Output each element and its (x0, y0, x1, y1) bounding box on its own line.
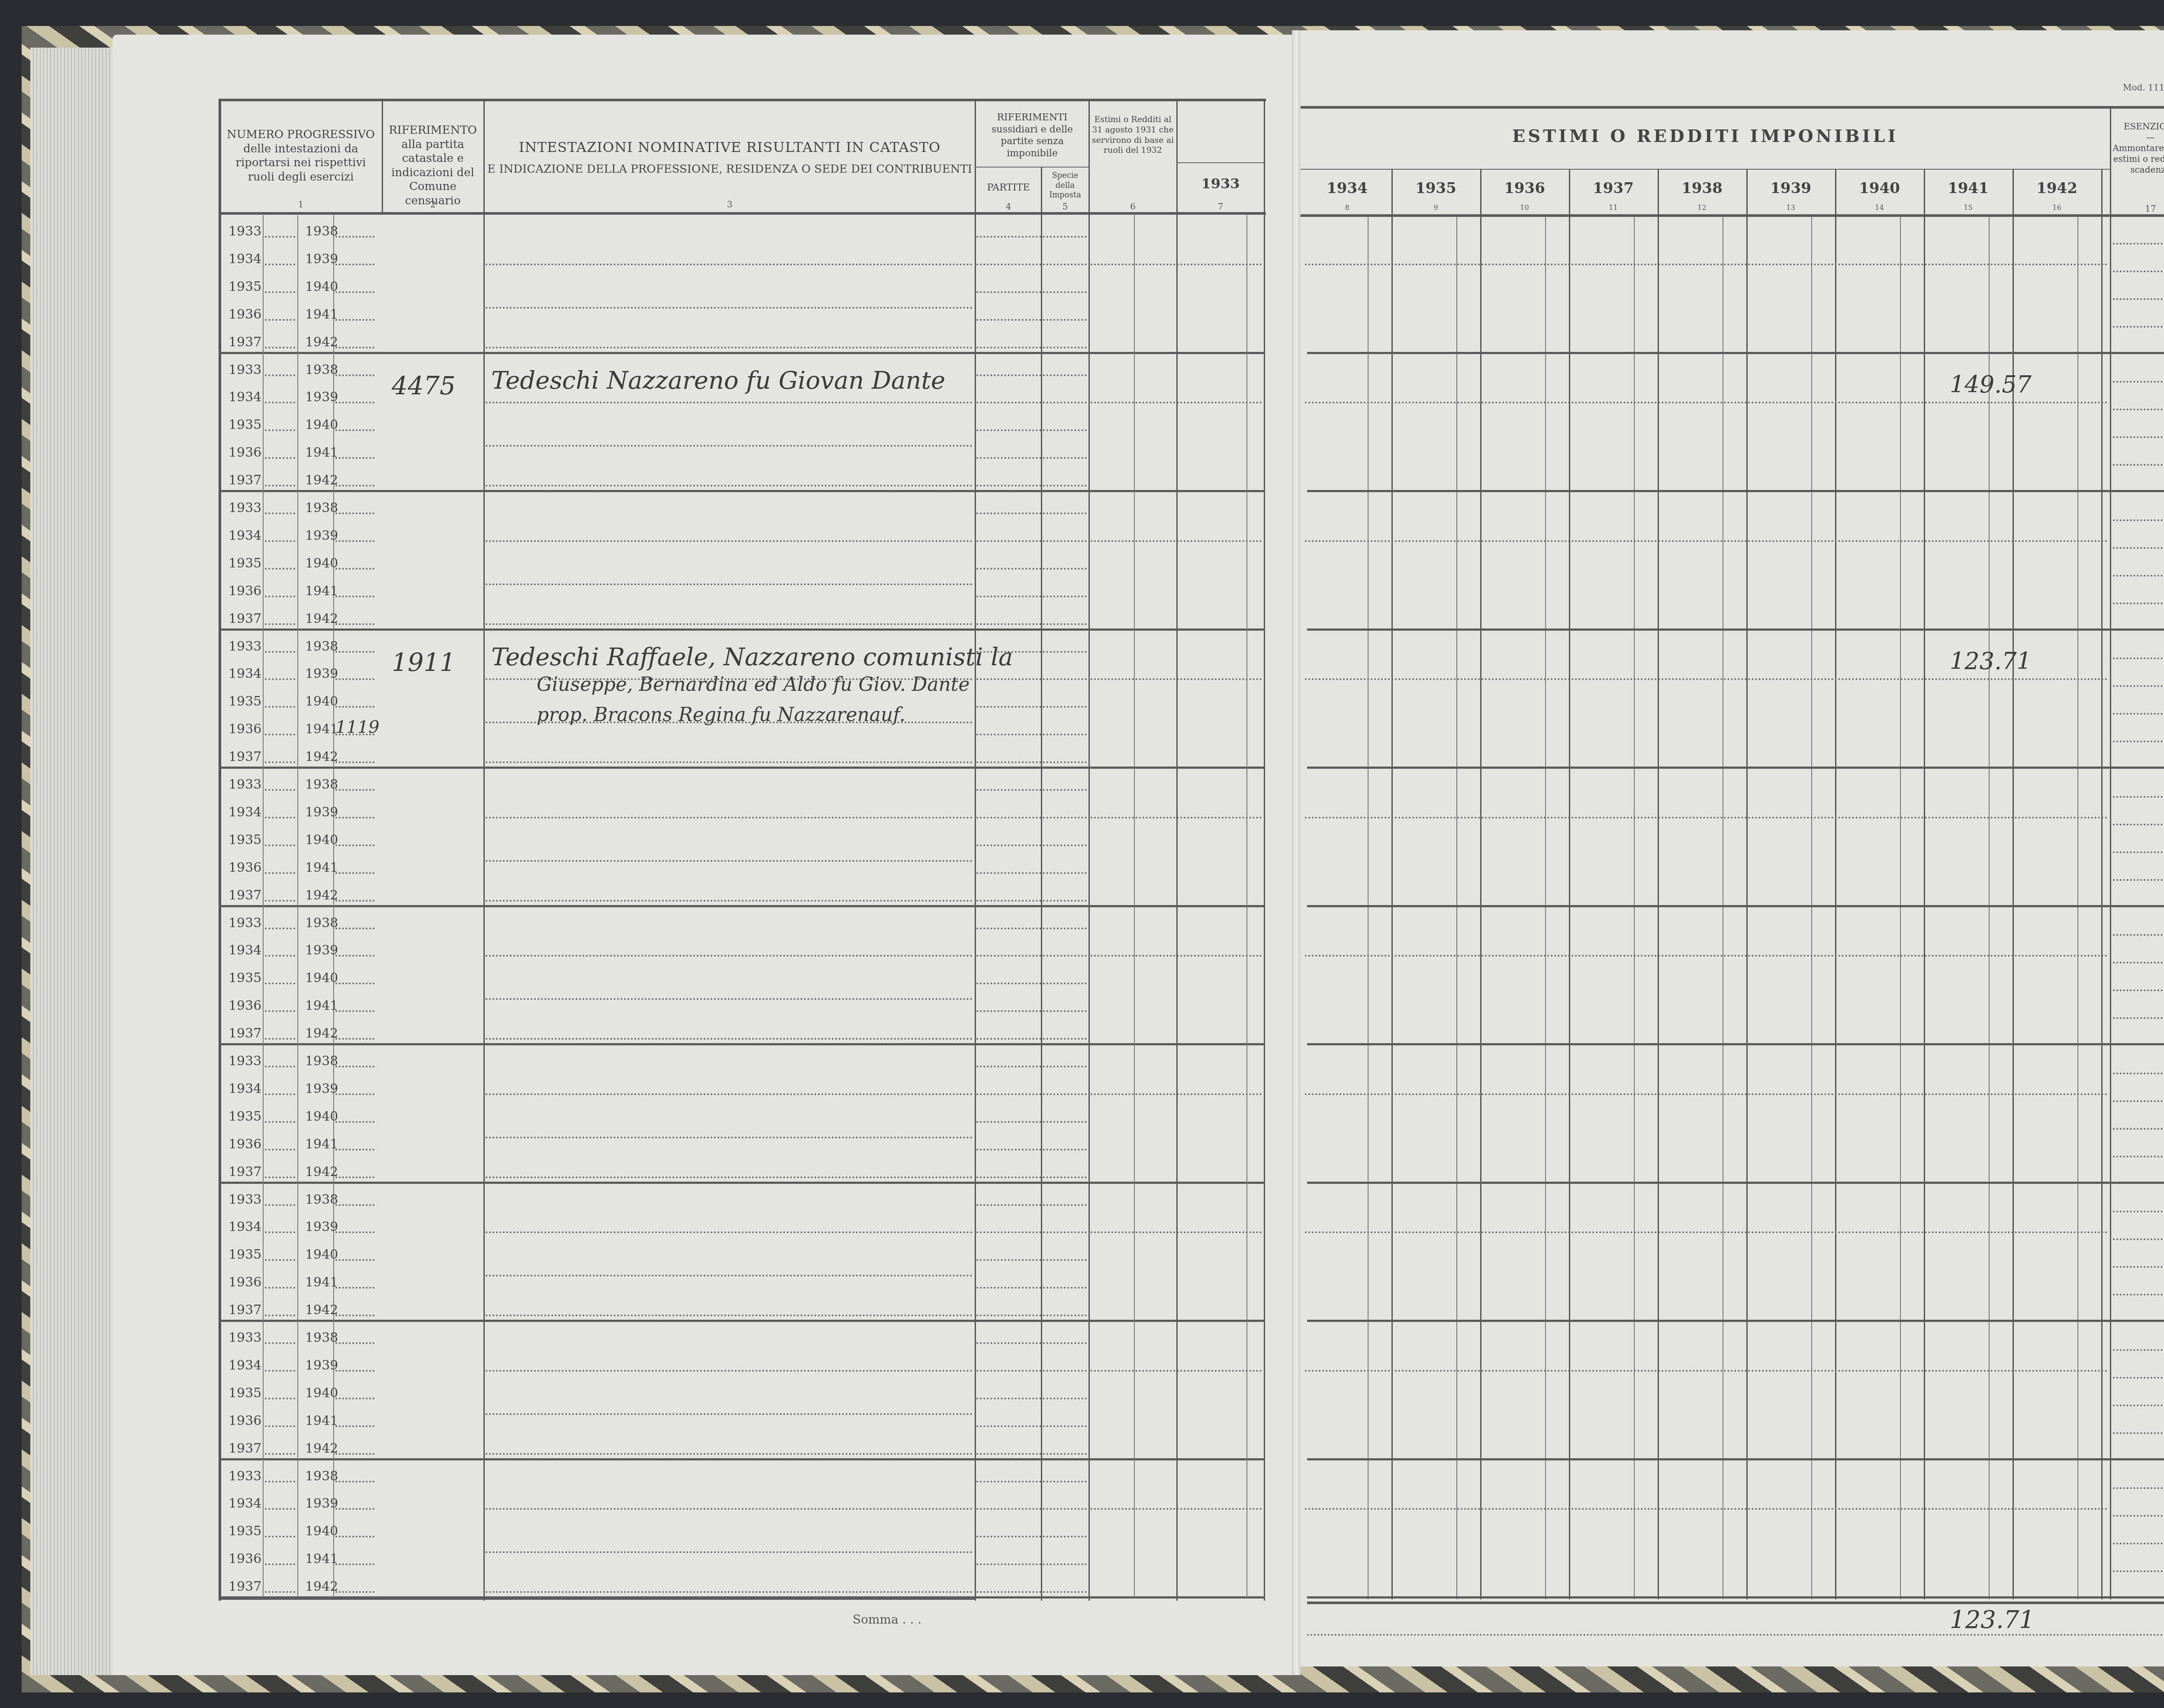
cents-div (1134, 907, 1135, 1045)
esenzioni-line (2113, 1349, 2164, 1351)
value-line (1091, 1508, 1262, 1510)
col1-number: 1 (221, 199, 381, 209)
year-col-number: 8 (1303, 203, 1391, 212)
name-line (486, 623, 973, 625)
esenzioni-line (2113, 796, 2164, 798)
hdr-div (1088, 99, 1090, 1601)
year-label: 1934 (229, 805, 261, 820)
year-label: 1936 (229, 1413, 261, 1428)
esenzioni-line (2113, 519, 2164, 521)
col7-title: 1933 (1178, 175, 1263, 192)
year-label: 1938 (305, 915, 338, 931)
year-label: 1937 (229, 611, 261, 626)
dot-leader (265, 928, 295, 929)
dot-leader (976, 1398, 1087, 1399)
year-label: 1939 (305, 528, 338, 543)
col2-subtitle: alla partita catastale e indicazioni del… (383, 138, 482, 208)
dot-leader (265, 1149, 295, 1150)
dot-leader (335, 429, 374, 431)
year-label: 1936 (229, 583, 261, 599)
dot-leader (976, 844, 1087, 846)
esenzioni-line (2113, 741, 2164, 742)
value-line (1091, 1370, 1262, 1372)
right-page (1294, 30, 2164, 1666)
year-label: 1935 (229, 279, 261, 294)
dot-leader (335, 623, 374, 625)
dot-leader (976, 485, 1087, 487)
dot-leader (335, 706, 374, 708)
col3-number: 3 (486, 199, 974, 209)
name-line (486, 761, 973, 763)
dot-leader (976, 1536, 1087, 1537)
esenzioni-line (2113, 1266, 2164, 1268)
dot-leader (976, 1093, 1087, 1095)
dot-leader (976, 291, 1087, 293)
name-line (486, 955, 973, 957)
left-border (219, 99, 221, 1601)
dot-leader (265, 1370, 295, 1372)
block-rule (219, 767, 976, 769)
esenzioni-line (2113, 1405, 2164, 1406)
dot-leader (976, 1370, 1087, 1372)
dot-leader (265, 1010, 295, 1012)
year-label: 1941 (305, 998, 338, 1013)
esenzioni-line (2113, 1294, 2164, 1296)
name-line (486, 1137, 973, 1138)
value-line (1305, 678, 2108, 680)
num-div (297, 492, 298, 630)
dot-leader (335, 1066, 374, 1067)
name-line (486, 1453, 973, 1455)
esenzioni-line (2113, 879, 2164, 881)
year-cents-div (2077, 216, 2078, 1599)
block-rule (2110, 1458, 2164, 1460)
dot-leader (335, 1508, 374, 1510)
year-label: 1941 (305, 307, 338, 322)
year-label: 1942 (305, 749, 338, 764)
year-label: 1935 (229, 1386, 261, 1401)
dot-leader (976, 678, 1087, 680)
esenzioni-dash: — (2112, 132, 2164, 143)
dot-leader (976, 512, 1087, 514)
sub-reference: 1119 (335, 717, 380, 737)
year-label: 1934 (229, 528, 261, 543)
year-label: 1942 (305, 1302, 338, 1318)
page-edges-left (30, 48, 117, 1675)
num-div (263, 1183, 264, 1322)
dot-leader (976, 1508, 1087, 1510)
year-label: 1934 (229, 390, 261, 405)
name-line (486, 347, 973, 348)
dot-leader (976, 734, 1087, 735)
col1-title: NUMERO PROGRESSIVO (221, 128, 381, 142)
name-line (486, 1551, 973, 1553)
dot-leader (976, 789, 1087, 791)
partita-number: 1911 (392, 648, 456, 677)
dot-leader (335, 457, 374, 459)
year-label: 1937 (229, 1026, 261, 1041)
dot-leader (265, 264, 295, 265)
year-col-number: 10 (1480, 203, 1569, 212)
dot-leader (265, 1204, 295, 1206)
year-label: 1940 (305, 1524, 338, 1539)
name-line (486, 900, 973, 902)
block-rule (1307, 1043, 2110, 1045)
cents-div (1246, 630, 1247, 769)
dot-leader (335, 1231, 374, 1233)
dot-leader (335, 1591, 374, 1593)
cents-div (1134, 215, 1135, 354)
dot-leader (976, 1453, 1087, 1455)
year-col-div (1746, 169, 1748, 1599)
dot-leader (976, 983, 1087, 984)
col3-subtitle: E INDICAZIONE DELLA PROFESSIONE, RESIDEN… (486, 162, 974, 177)
esenzioni-line (2113, 381, 2164, 383)
esenzioni-line (2113, 851, 2164, 853)
dot-leader (335, 983, 374, 984)
num-div (263, 768, 264, 907)
year-label: 1941 (305, 1137, 338, 1152)
value-line (1305, 1231, 2108, 1233)
value-line (1091, 402, 1262, 403)
block-rule (1307, 352, 2110, 354)
dot-leader (335, 1342, 374, 1344)
dot-leader (335, 402, 374, 403)
year-label: 1940 (305, 1247, 338, 1262)
num-div (297, 907, 298, 1045)
year-col-div (1835, 169, 1836, 1599)
year-label: 1939 (305, 1358, 338, 1373)
dot-leader (265, 706, 295, 708)
value-line (1091, 1093, 1262, 1095)
num-div (297, 630, 298, 769)
dot-leader (265, 1591, 295, 1593)
dot-leader (976, 928, 1087, 929)
value-line (1305, 1370, 2108, 1372)
esenzioni-title: ESENZIONI (2112, 121, 2164, 132)
dot-leader (335, 1121, 374, 1123)
dot-leader (265, 568, 295, 570)
dot-leader (265, 761, 295, 763)
year-label: 1935 (229, 694, 261, 709)
dot-leader (265, 651, 295, 653)
dot-leader (265, 540, 295, 542)
dot-leader (265, 1121, 295, 1123)
block-rule (219, 1320, 976, 1322)
contributor-line: Giuseppe, Bernardina ed Aldo fu Giov. Da… (537, 674, 970, 696)
dot-leader (335, 1481, 374, 1482)
value-line (1305, 402, 2108, 403)
dot-leader (976, 1038, 1087, 1040)
block-rule (975, 628, 1265, 631)
cents-div (1246, 354, 1247, 492)
block-rule (219, 1458, 976, 1460)
year-label: 1941 (305, 1413, 338, 1428)
hdr-div (975, 99, 976, 1601)
esenzioni-line (2113, 1432, 2164, 1434)
value-line (1091, 955, 1262, 957)
year-label: 1939 (305, 1496, 338, 1511)
value-1941: 149.57 (1950, 371, 2032, 398)
num-div (263, 630, 264, 769)
contributor-line: Tedeschi Nazzareno fu Giovan Dante (491, 367, 945, 395)
esenzioni-line (2113, 409, 2164, 410)
dot-leader (976, 706, 1087, 708)
year-label: 1934 (229, 1496, 261, 1511)
esenzioni-line (2113, 1543, 2164, 1544)
year-col-number: 16 (2013, 203, 2101, 212)
cents-div (1246, 768, 1247, 907)
dot-leader (976, 1176, 1087, 1178)
esenzioni-number: 17 (2112, 203, 2164, 214)
year-label: 1941 (305, 1275, 338, 1290)
esenzioni-div (2110, 106, 2111, 1599)
dot-leader (976, 623, 1087, 625)
header-bottom-rule (219, 212, 1266, 215)
dot-leader (976, 761, 1087, 763)
dot-leader (976, 1425, 1087, 1427)
col2-number: 2 (383, 199, 482, 209)
cents-div (1246, 1045, 1247, 1183)
dot-leader (335, 1010, 374, 1012)
block-rule (1307, 490, 2110, 492)
year-col-div (1658, 169, 1659, 1599)
esenzioni-header: ESENZIONI — Ammontare degli estimi o red… (2112, 121, 2164, 175)
block-rule (975, 352, 1265, 354)
dot-leader (976, 568, 1087, 570)
dot-leader (265, 900, 295, 902)
year-label: 1937 (229, 1579, 261, 1594)
cents-div (1246, 215, 1247, 354)
value-1941: 123.71 (1950, 648, 2032, 675)
year-label: 1936 (229, 1275, 261, 1290)
value-line (1305, 540, 2108, 542)
name-line (486, 1315, 973, 1316)
dot-leader (265, 817, 295, 819)
esenzioni-line (2113, 1238, 2164, 1240)
block-rule (2110, 1320, 2164, 1322)
value-line (1305, 1093, 2108, 1095)
hdr-div (382, 99, 383, 212)
block-rule (975, 1182, 1265, 1184)
year-cents-div (1811, 216, 1812, 1599)
col4-title: PARTITE (976, 182, 1040, 194)
dot-leader (335, 1287, 374, 1289)
dot-leader (265, 291, 295, 293)
esenzioni-line (2113, 713, 2164, 715)
year-cents-div (1634, 216, 1635, 1599)
dot-leader (335, 651, 374, 653)
name-line (486, 817, 973, 819)
dot-leader (976, 900, 1087, 902)
year-col-div (2101, 169, 2103, 1599)
dot-leader (976, 1204, 1087, 1206)
year-label: 1942 (305, 1441, 338, 1456)
block-rule (2110, 767, 2164, 769)
num-div (263, 1321, 264, 1460)
year-label: 1936 (229, 445, 261, 460)
dot-leader (335, 1425, 374, 1427)
block-rule (2110, 490, 2164, 492)
col1-subtitle: delle intestazioni da riportarsi nei ris… (221, 142, 381, 184)
num-div (263, 354, 264, 492)
block-rule (975, 1596, 1265, 1598)
dot-leader (976, 347, 1087, 348)
header-bottom-rule-right (1301, 214, 2164, 217)
dot-leader (976, 457, 1087, 459)
year-label: 1941 (305, 860, 338, 875)
col1-header: NUMERO PROGRESSIVO delle intestazioni da… (221, 128, 381, 184)
block-rule (2110, 628, 2164, 631)
block-rule (219, 490, 976, 492)
dot-leader (335, 1453, 374, 1455)
year-label: 1938 (305, 777, 338, 792)
dot-leader (335, 1038, 374, 1040)
esenzioni-line (2113, 1211, 2164, 1212)
value-line (1305, 1508, 2108, 1510)
year-label: 1942 (305, 1026, 338, 1041)
dot-leader (976, 955, 1087, 957)
year-col-number: 11 (1569, 203, 1658, 212)
cents-div (1134, 354, 1135, 492)
year-label: 1942 (305, 1164, 338, 1179)
esenzioni-line (2113, 1156, 2164, 1157)
year-label: 1935 (229, 1524, 261, 1539)
dot-leader (335, 1398, 374, 1399)
dot-leader (335, 512, 374, 514)
dot-leader (265, 1287, 295, 1289)
year-label: 1937 (229, 335, 261, 350)
dot-leader (265, 429, 295, 431)
year-header-1936: 1936 (1480, 180, 1569, 197)
year-label: 1938 (305, 639, 338, 654)
block-rule (2110, 1043, 2164, 1045)
dot-leader (265, 402, 295, 403)
year-label: 1937 (229, 1441, 261, 1456)
year-label: 1939 (305, 666, 338, 681)
year-label: 1934 (229, 666, 261, 681)
year-label: 1938 (305, 362, 338, 377)
block-rule (1307, 767, 2110, 769)
num-div (297, 1460, 298, 1598)
name-line (486, 1275, 973, 1276)
name-line (486, 540, 973, 542)
dot-leader (265, 1563, 295, 1565)
dot-leader (265, 1481, 295, 1482)
name-line (486, 1176, 973, 1178)
dot-leader (976, 1010, 1087, 1012)
esenzioni-line (2113, 326, 2164, 328)
dot-leader (976, 1287, 1087, 1289)
hdr-div (1041, 167, 1042, 1601)
block-rule (1307, 1458, 2110, 1460)
year-label: 1938 (305, 1469, 338, 1484)
year-label: 1933 (229, 915, 261, 931)
somma-rule-right (1307, 1602, 2164, 1604)
esenzioni-line (2113, 989, 2164, 991)
value-line (1305, 955, 2108, 957)
num-div (297, 1183, 298, 1322)
name-line (486, 1038, 973, 1040)
dot-leader (265, 319, 295, 321)
dot-leader (265, 1508, 295, 1510)
year-label: 1936 (229, 722, 261, 737)
dot-leader (265, 789, 295, 791)
dot-leader (976, 596, 1087, 597)
somma-dots-right (1307, 1634, 2164, 1636)
year-label: 1934 (229, 251, 261, 267)
year-label: 1942 (305, 473, 338, 488)
year-label: 1936 (229, 860, 261, 875)
year-label: 1933 (229, 1469, 261, 1484)
dot-leader (335, 1370, 374, 1372)
block-rule (975, 905, 1265, 907)
name-line (486, 860, 973, 862)
year-label: 1936 (229, 998, 261, 1013)
year-label: 1937 (229, 1302, 261, 1318)
somma-top-rule (219, 1597, 976, 1600)
col45-title: RIFERIMENTI (976, 112, 1088, 124)
esenzioni-line (2113, 464, 2164, 466)
year-label: 1933 (229, 1054, 261, 1069)
name-line (486, 485, 973, 487)
value-line (1305, 264, 2108, 265)
block-rule (1307, 1320, 2110, 1322)
dot-leader (976, 374, 1087, 376)
dot-leader (335, 678, 374, 680)
year-label: 1940 (305, 556, 338, 571)
num-div (297, 1321, 298, 1460)
year-label: 1937 (229, 749, 261, 764)
year-label: 1933 (229, 639, 261, 654)
year-label: 1940 (305, 417, 338, 432)
year-label: 1935 (229, 1247, 261, 1262)
year-col-number: 9 (1391, 203, 1480, 212)
esenzioni-subtitle: Ammontare degli estimi o redditi e scade… (2112, 143, 2164, 175)
year-cents-div (1368, 216, 1369, 1599)
dot-leader (976, 319, 1087, 321)
name-line (486, 402, 973, 403)
year-label: 1938 (305, 1054, 338, 1069)
esenzioni-line (2113, 1100, 2164, 1102)
name-line (486, 1508, 973, 1510)
dot-leader (335, 596, 374, 597)
year-label: 1939 (305, 251, 338, 267)
partita-number: 4475 (392, 371, 456, 400)
num-div (263, 907, 264, 1045)
dot-leader (976, 264, 1087, 265)
year-label: 1937 (229, 1164, 261, 1179)
value-line (1091, 817, 1262, 819)
esenzioni-line (2113, 298, 2164, 300)
block-rule (219, 1043, 976, 1045)
block-rule (975, 767, 1265, 769)
year-label: 1941 (305, 583, 338, 599)
year-label: 1937 (229, 473, 261, 488)
dot-leader (335, 817, 374, 819)
year-label: 1934 (229, 1219, 261, 1234)
left-page (113, 35, 1298, 1675)
dot-leader (265, 1342, 295, 1344)
year-label: 1935 (229, 970, 261, 986)
col45-header: RIFERIMENTI sussidiari e delle partite s… (976, 112, 1088, 159)
dot-leader (335, 540, 374, 542)
cents-div (1134, 492, 1135, 630)
year-col-div (1391, 169, 1393, 1599)
year-label: 1940 (305, 832, 338, 848)
year-label: 1942 (305, 335, 338, 350)
year-label: 1935 (229, 417, 261, 432)
